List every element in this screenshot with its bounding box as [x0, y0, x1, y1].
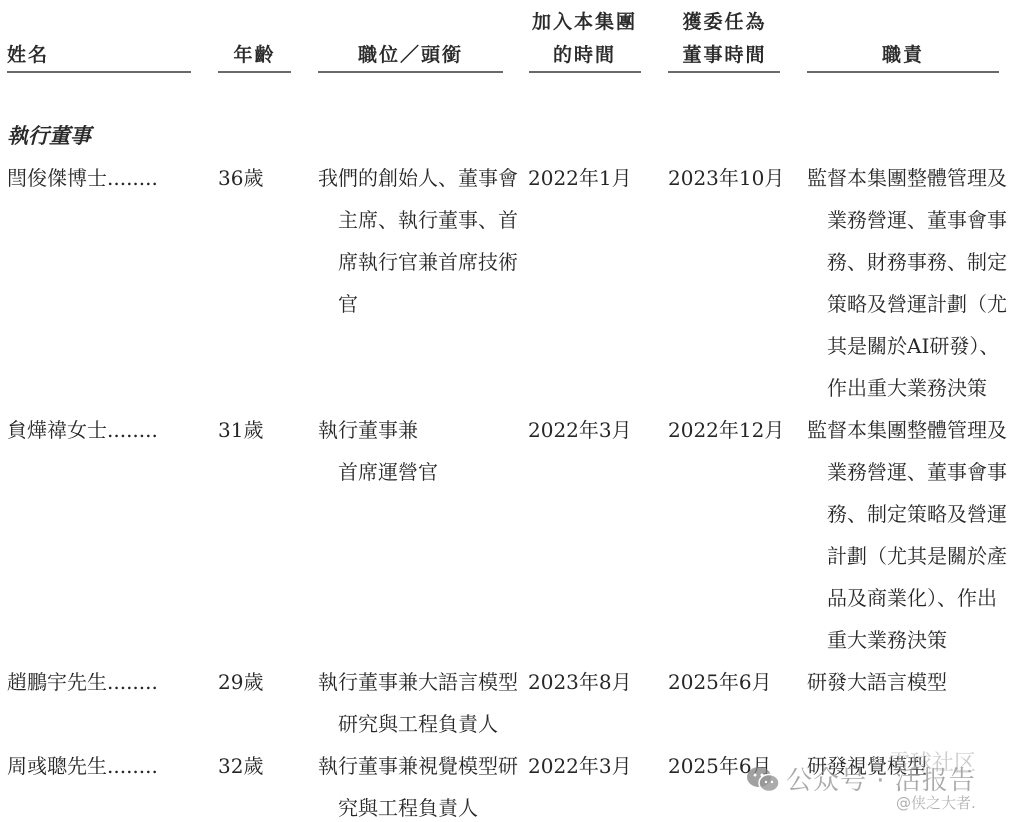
row-name: 貟燁禕女士........	[7, 409, 158, 451]
row-name: 趙鵬宇先生........	[7, 661, 158, 703]
responsibility-line: 作出重大業務決策	[807, 367, 1007, 409]
row-responsibilities: 研發視覺模型	[807, 745, 927, 787]
responsibility-line: 監督本集團整體管理及	[807, 409, 1007, 451]
row-position: 我們的創始人、董事會 主席、執行董事、首 席執行官兼首席技術 官	[318, 157, 518, 325]
header-name-underline	[7, 71, 191, 73]
header-position-underline	[318, 71, 503, 73]
row-position: 執行董事兼 首席運營官	[318, 409, 438, 493]
header-responsibilities-underline	[807, 71, 999, 73]
header-position: 職位／頭銜	[318, 39, 503, 72]
row-appointed: 2022年12月	[668, 409, 784, 451]
row-age: 32歲	[218, 745, 263, 787]
header-age: 年齡	[218, 39, 291, 72]
position-line: 首席運營官	[318, 451, 438, 493]
responsibility-line: 務、制定策略及營運	[807, 493, 1007, 535]
row-responsibilities: 監督本集團整體管理及 業務營運、董事會事 務、財務事務、制定 策略及營運計劃（尤…	[807, 157, 1007, 409]
position-line: 究與工程負責人	[318, 787, 518, 822]
row-join-date: 2022年1月	[528, 157, 632, 199]
position-line: 研究與工程負責人	[318, 703, 518, 745]
row-name: 閆俊傑博士........	[7, 157, 158, 199]
responsibility-line: 務、財務事務、制定	[807, 241, 1007, 283]
header-join-date-line1: 加入本集團	[528, 6, 641, 39]
position-line: 我們的創始人、董事會	[318, 157, 518, 199]
responsibility-line: 計劃（尤其是關於產	[807, 535, 1007, 577]
row-join-date: 2022年3月	[528, 745, 632, 787]
header-join-date-underline	[529, 71, 641, 73]
row-appointed: 2025年6月	[668, 661, 772, 703]
row-age: 36歲	[218, 157, 263, 199]
row-responsibilities: 監督本集團整體管理及 業務營運、董事會事 務、制定策略及營運 計劃（尤其是關於產…	[807, 409, 1007, 661]
responsibility-line: 研發視覺模型	[807, 745, 927, 787]
row-responsibilities: 研發大語言模型	[807, 661, 947, 703]
header-appointed-underline	[668, 71, 780, 73]
responsibility-line: 重大業務決策	[807, 619, 1007, 661]
responsibility-line: 業務營運、董事會事	[807, 199, 1007, 241]
responsibility-line: 監督本集團整體管理及	[807, 157, 1007, 199]
row-join-date: 2023年8月	[528, 661, 632, 703]
position-line: 執行董事兼大語言模型	[318, 661, 518, 703]
row-age: 29歲	[218, 661, 263, 703]
row-age: 31歲	[218, 409, 263, 451]
header-appointed-line2: 董事時間	[668, 39, 781, 72]
header-join-date-line2: 的時間	[528, 39, 641, 72]
header-join-date: 加入本集團 的時間	[528, 6, 641, 72]
responsibility-line: 品及商業化）、作出	[807, 577, 1007, 619]
row-join-date: 2022年3月	[528, 409, 632, 451]
position-line: 席執行官兼首席技術	[318, 241, 518, 283]
section-title-executive-directors: 執行董事	[7, 120, 91, 150]
row-position: 執行董事兼視覺模型研 究與工程負責人	[318, 745, 518, 822]
responsibility-line: 策略及營運計劃（尤	[807, 283, 1007, 325]
row-appointed: 2025年6月	[668, 745, 772, 787]
watermark-sub-text: @侠之大者.	[896, 792, 976, 813]
responsibility-line: 其是關於AI研發）、	[807, 325, 1007, 367]
header-name: 姓名	[7, 39, 191, 72]
header-appointed-line1: 獲委任為	[668, 6, 781, 39]
responsibility-line: 業務營運、董事會事	[807, 451, 1007, 493]
row-name: 周彧聰先生........	[7, 745, 158, 787]
position-line: 執行董事兼	[318, 409, 438, 451]
row-position: 執行董事兼大語言模型 研究與工程負責人	[318, 661, 518, 745]
header-responsibilities: 職責	[807, 39, 999, 72]
position-line: 官	[318, 283, 518, 325]
header-age-underline	[218, 71, 291, 73]
header-appointed: 獲委任為 董事時間	[668, 6, 781, 72]
responsibility-line: 研發大語言模型	[807, 661, 947, 703]
position-line: 主席、執行董事、首	[318, 199, 518, 241]
row-appointed: 2023年10月	[668, 157, 784, 199]
position-line: 執行董事兼視覺模型研	[318, 745, 518, 787]
